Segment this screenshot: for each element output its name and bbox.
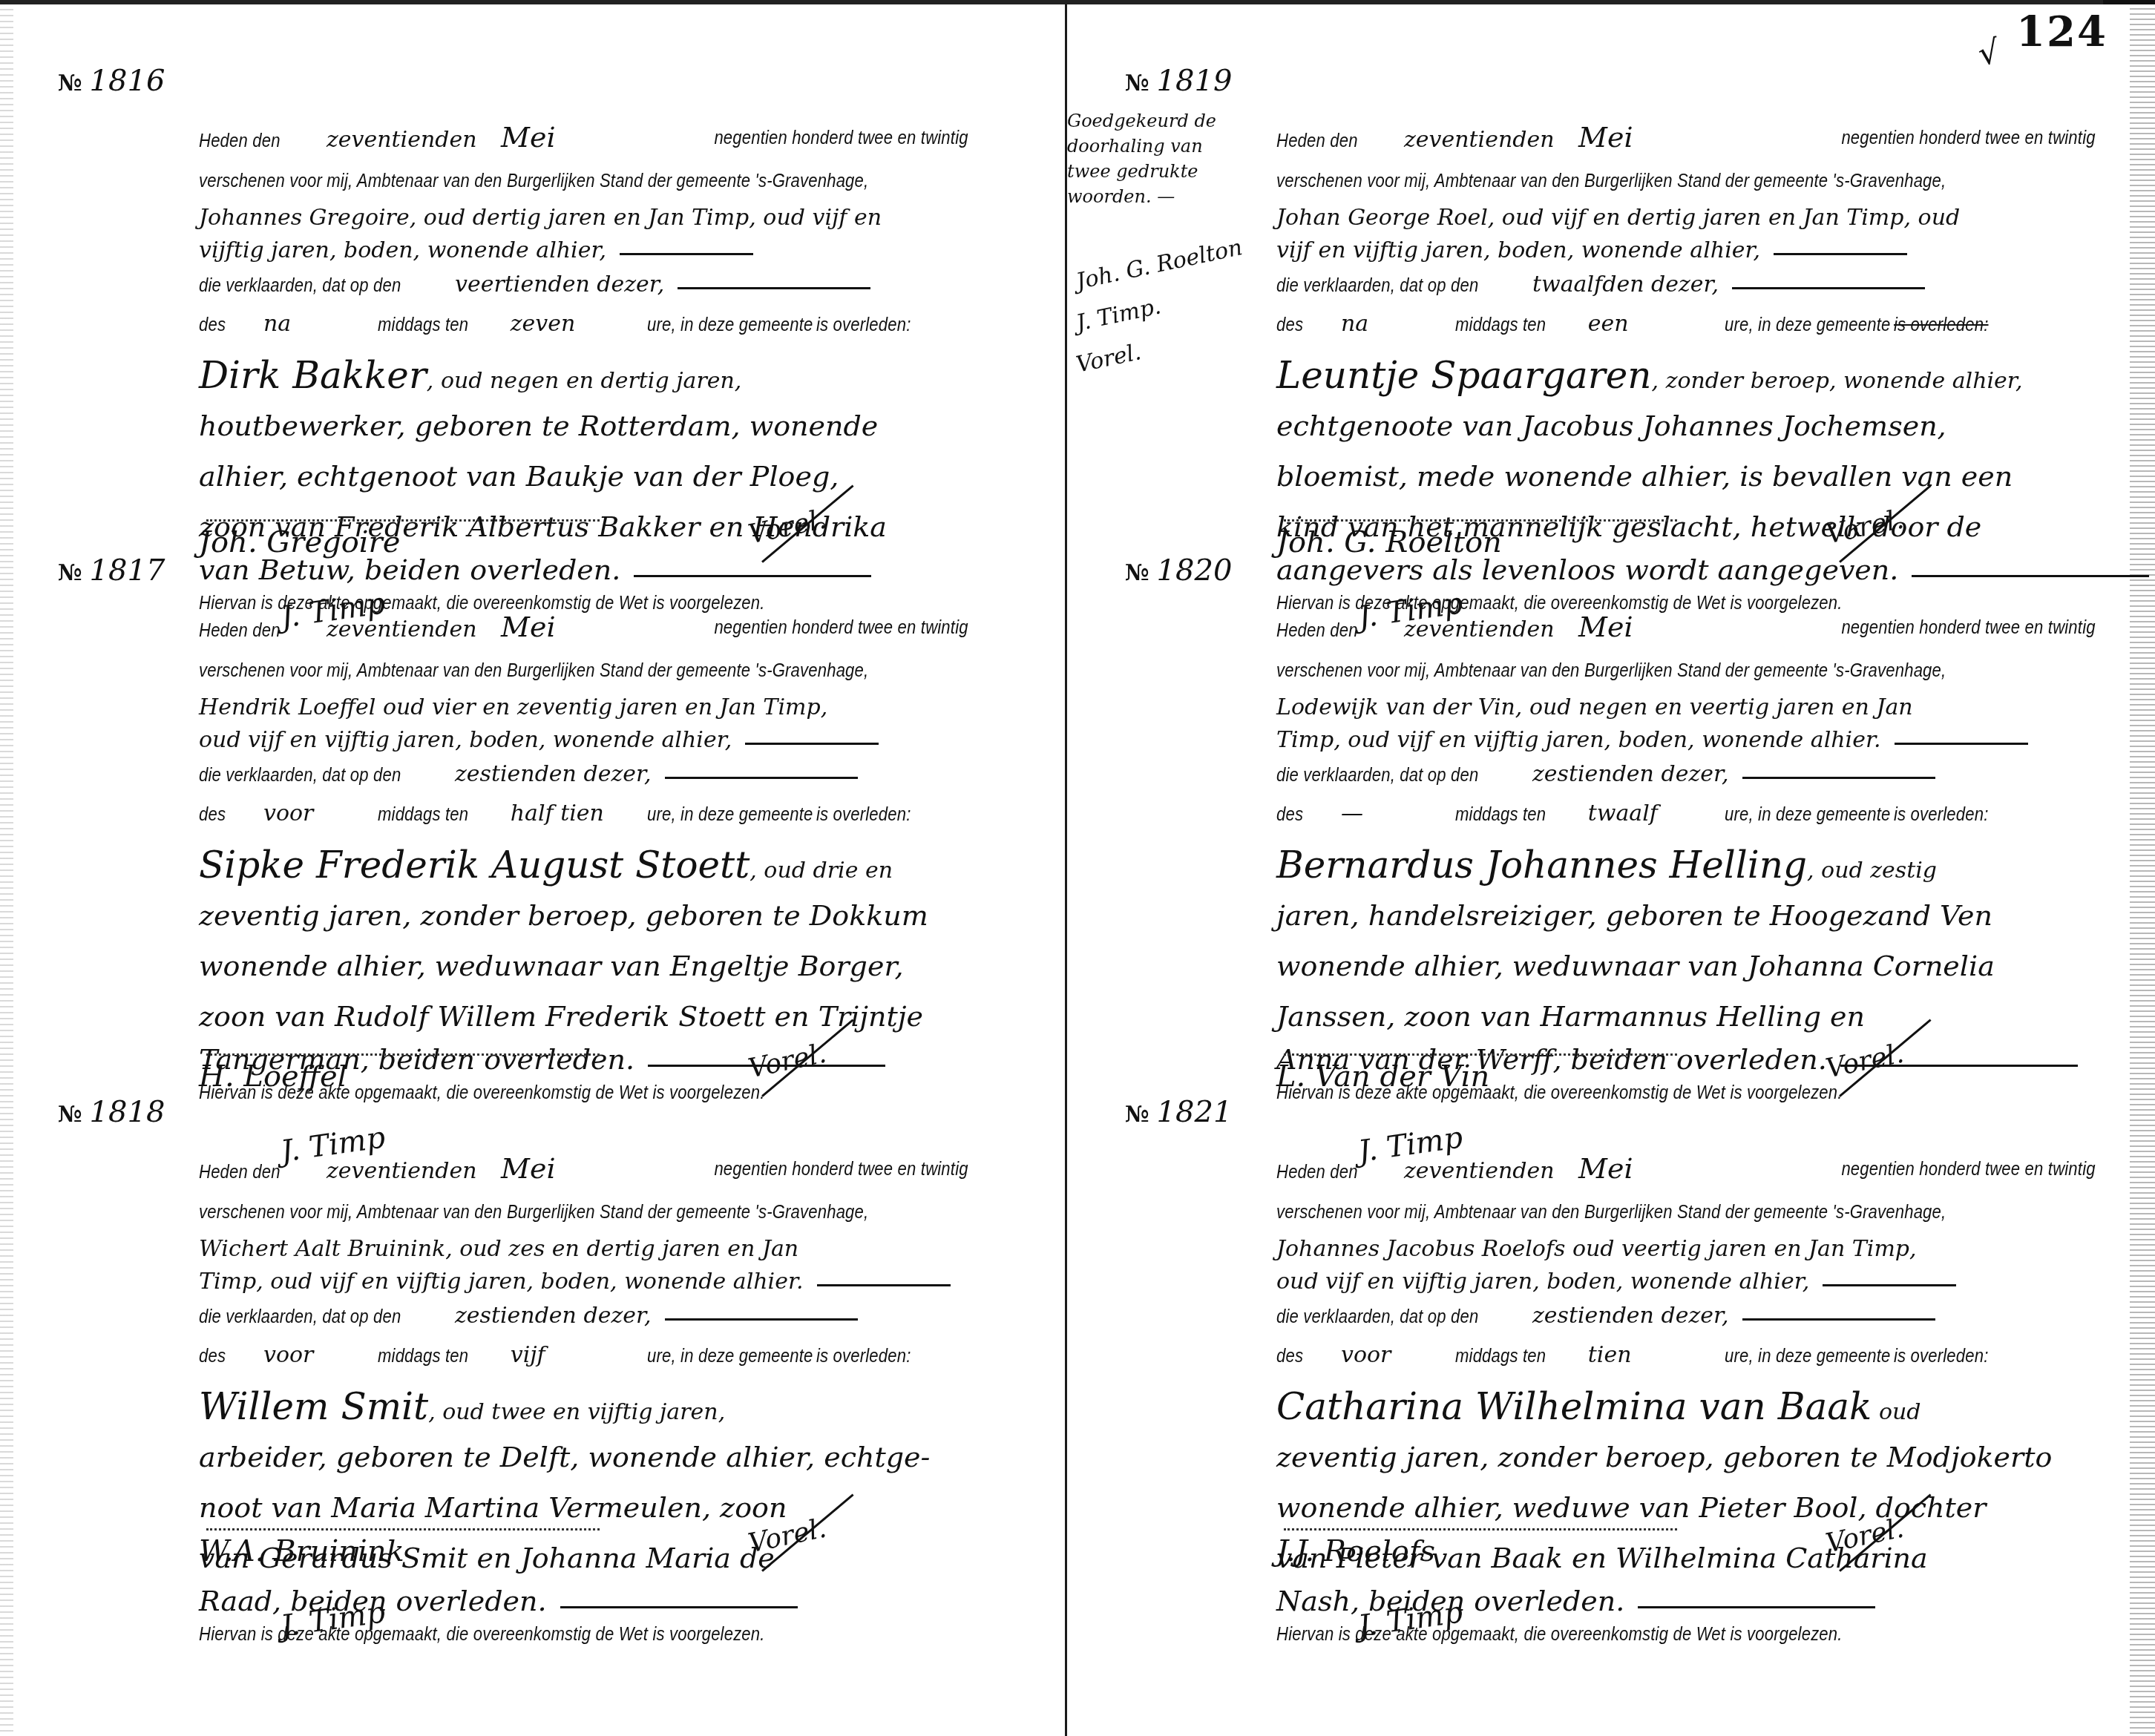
record-number-value: 1817 [90, 553, 165, 588]
left-page: №1816 Heden den zeventienden Mei negenti… [0, 4, 1067, 1736]
record-number-value: 1820 [1157, 553, 1233, 588]
deceased-line: zoon van Rudolf Willem Frederik Stoett e… [199, 991, 968, 1042]
deceased-text: zeventig jaren, zonder beroep, geboren t… [199, 899, 928, 932]
deceased-block: Bernardus Johannes Helling, oud zestig j… [1276, 840, 2096, 1077]
deceased-text: echtgenoote van Jacobus Johannes Jochems… [1276, 410, 1946, 442]
printed-heden-den: Heden den [199, 1150, 281, 1193]
informant-signature: W.A. Bruinink [199, 1534, 404, 1568]
record-number: №1821 [1125, 1095, 1232, 1129]
part-of-day: voor [263, 792, 375, 835]
printed-overleden: is overleden: [816, 303, 911, 346]
death-hour: vijf [511, 1334, 644, 1377]
death-date-line: die verklaarden, dat op den zestienden d… [1276, 1298, 2096, 1334]
informants-text: Lodewijk van der Vin, oud negen en veert… [1276, 694, 1913, 720]
deceased-text: , oud twee en vijftig jaren, [428, 1399, 725, 1425]
deceased-line: Janssen, zoon van Harmannus Helling en [1276, 991, 2096, 1042]
deceased-name: Willem Smit [199, 1385, 428, 1428]
deceased-name: Dirk Bakker [199, 354, 427, 397]
informants-line-2: oud vijf en vijftig jaren, boden, wonend… [1276, 1266, 2096, 1298]
death-date-line: die verklaarden, dat op den zestienden d… [1276, 757, 2096, 792]
signature-dotted-line [1284, 1053, 1677, 1056]
deceased-line: Leuntje Spaargaren, zonder beroep, wonen… [1276, 350, 2096, 401]
printed-middags-ten: middags ten [1455, 303, 1546, 346]
record-number-value: 1816 [90, 64, 165, 98]
deceased-text: oud [1872, 1399, 1921, 1425]
official-line: verschenen voor mij, Ambtenaar van den B… [199, 159, 968, 202]
deceased-line: wonende alhier, weduwnaar van Engeltje B… [199, 941, 968, 991]
informants-text: Johan George Roel, oud vijf en dertig ja… [1276, 205, 1960, 231]
part-of-day: na [263, 303, 375, 346]
record-number: №1818 [58, 1095, 165, 1129]
informants-text: oud vijf en vijftig jaren, boden, wonend… [199, 727, 732, 753]
informants-line-2: vijftig jaren, boden, wonende alhier, [199, 234, 968, 267]
fill-dash [1895, 743, 2028, 745]
deceased-text: , zonder beroep, wonende alhier, [1652, 368, 2023, 394]
informants-text: Timp, oud vijf en vijftig jaren, boden, … [1276, 727, 1881, 753]
date-month: Mei [1578, 121, 1633, 154]
signature-dotted-line [1284, 519, 1677, 522]
record-form: Heden den zeventienden Mei negentien hon… [1276, 553, 2096, 1107]
date-day: zeventienden [1404, 127, 1555, 153]
printed-heden-den: Heden den [1276, 608, 1358, 651]
signature-block: W.A. Bruinink Vorel. J. Timp [199, 1528, 1015, 1699]
deceased-line: Dirk Bakker, oud negen en dertig jaren, [199, 350, 968, 401]
number-sign: № [58, 560, 82, 586]
deceased-text: bloemist, mede wonende alhier, is bevall… [1276, 460, 2013, 493]
death-hour: een [1588, 303, 1722, 346]
printed-des: des [199, 1334, 226, 1377]
death-time-line: des na middags ten zeven ure, in deze ge… [199, 303, 968, 346]
printed-year: negentien honderd twee en twintig [1842, 116, 2096, 159]
death-day: zestienden dezer, [455, 1303, 652, 1329]
printed-middags-ten: middags ten [1455, 1334, 1546, 1377]
deceased-name: Bernardus Johannes Helling [1276, 844, 1807, 887]
fill-dash [1732, 287, 1925, 289]
printed-verschenen: verschenen voor mij, Ambtenaar van den B… [199, 1190, 868, 1233]
informants-line-2: oud vijf en vijftig jaren, boden, wonend… [199, 724, 968, 757]
printed-verklaarden: die verklaarden, dat op den [1276, 1298, 1478, 1334]
fill-dash [1774, 253, 1907, 255]
deceased-name: Leuntje Spaargaren [1276, 354, 1652, 397]
date-line: Heden den zeventienden Mei negentien hon… [199, 605, 968, 648]
death-day: twaalfden dezer, [1532, 272, 1719, 297]
printed-verklaarden: die verklaarden, dat op den [199, 267, 401, 303]
date-month: Mei [501, 121, 556, 154]
death-time-line: des na middags ten een ure, in deze geme… [1276, 303, 2096, 346]
printed-des: des [1276, 303, 1303, 346]
deceased-line: Sipke Frederik August Stoett, oud drie e… [199, 840, 968, 890]
date-line: Heden den zeventienden Mei negentien hon… [1276, 116, 2096, 159]
printed-year: negentien honderd twee en twintig [715, 116, 968, 159]
official-line: verschenen voor mij, Ambtenaar van den B… [1276, 648, 2096, 691]
deceased-text: houtbewerker, geboren te Rotterdam, wone… [199, 410, 878, 442]
deceased-line: Bernardus Johannes Helling, oud zestig [1276, 840, 2096, 890]
death-day: zestienden dezer, [1532, 1303, 1729, 1329]
fill-dash [1742, 1318, 1935, 1321]
deceased-line: zeventig jaren, zonder beroep, geboren t… [199, 890, 968, 941]
printed-ure: ure, in deze gemeente [1725, 1334, 1890, 1377]
printed-verklaarden: die verklaarden, dat op den [1276, 757, 1478, 792]
date-day: zeventienden [327, 127, 477, 153]
informant-signature: H. Loeffel [199, 1059, 347, 1094]
deceased-name: Sipke Frederik August Stoett [199, 844, 750, 887]
right-page: √ 124 №1819 Heden den zeventienden Mei n… [1067, 4, 2155, 1736]
date-day: zeventienden [327, 1158, 477, 1184]
number-sign: № [58, 70, 82, 96]
printed-overleden: is overleden: [816, 792, 911, 835]
printed-ure: ure, in deze gemeente [1725, 792, 1890, 835]
date-day: zeventienden [327, 617, 477, 642]
fill-dash [1742, 777, 1935, 779]
record-number-value: 1818 [90, 1095, 165, 1129]
printed-overleden: is overleden: [816, 1334, 911, 1377]
fill-dash [817, 1284, 951, 1286]
part-of-day: — [1341, 792, 1452, 835]
deceased-line: zeventig jaren, zonder beroep, geboren t… [1276, 1432, 2096, 1482]
number-sign: № [1125, 1102, 1149, 1128]
informants-line-1: Hendrik Loeffel oud vier en zeventig jar… [199, 691, 968, 724]
witness-signature: J. Timp [278, 1595, 387, 1643]
death-hour: zeven [511, 303, 644, 346]
informants-line-1: Johan George Roel, oud vijf en dertig ja… [1276, 202, 2096, 234]
informants-line-1: Johannes Jacobus Roelofs oud veertig jar… [1276, 1233, 2096, 1266]
printed-year: negentien honderd twee en twintig [1842, 1147, 2096, 1190]
record-number: №1820 [1125, 553, 1232, 588]
number-sign: № [1125, 560, 1149, 586]
printed-verschenen: verschenen voor mij, Ambtenaar van den B… [1276, 648, 1946, 691]
printed-overleden: is overleden: [1894, 303, 1989, 346]
deceased-name: Catharina Wilhelmina van Baak [1276, 1385, 1872, 1428]
deceased-text: wonende alhier, weduwnaar van Johanna Co… [1276, 950, 1995, 982]
death-date-line: die verklaarden, dat op den zestienden d… [199, 757, 968, 792]
deceased-text: , oud zestig [1807, 858, 1937, 884]
fill-dash [678, 287, 870, 289]
informant-signature: L. Van der Vin [1276, 1059, 1489, 1094]
deceased-line: jaren, handelsreiziger, geboren te Hooge… [1276, 890, 2096, 941]
printed-heden-den: Heden den [199, 608, 281, 651]
deceased-text: arbeider, geboren te Delft, wonende alhi… [199, 1441, 930, 1473]
official-line: verschenen voor mij, Ambtenaar van den B… [1276, 1190, 2096, 1233]
part-of-day: voor [1341, 1334, 1452, 1377]
record-number-value: 1819 [1157, 64, 1233, 98]
informants-line-1: Lodewijk van der Vin, oud negen en veert… [1276, 691, 2096, 724]
deceased-text: zoon van Rudolf Willem Frederik Stoett e… [199, 1000, 923, 1033]
deceased-line: wonende alhier, weduwe van Pieter Bool, … [1276, 1482, 2096, 1533]
number-sign: № [1125, 70, 1149, 96]
date-month: Mei [1578, 1152, 1633, 1185]
margin-signatures: Joh. G. RoeltonJ. Timp.Vorel. [1075, 242, 1267, 366]
date-month: Mei [501, 611, 556, 643]
deceased-text: , oud drie en [750, 858, 893, 884]
deceased-text: alhier, echtgenoot van Baukje van der Pl… [199, 460, 839, 493]
informants-text: vijftig jaren, boden, wonende alhier, [199, 237, 606, 263]
informants-text: Wichert Aalt Bruinink, oud zes en dertig… [199, 1236, 798, 1262]
fill-dash [745, 743, 879, 745]
printed-heden-den: Heden den [1276, 119, 1358, 162]
signature-dotted-line [206, 1528, 600, 1530]
deceased-text: zeventig jaren, zonder beroep, geboren t… [1276, 1441, 2052, 1473]
deceased-line: houtbewerker, geboren te Rotterdam, wone… [199, 401, 968, 451]
printed-verklaarden: die verklaarden, dat op den [1276, 267, 1478, 303]
deceased-line: alhier, echtgenoot van Baukje van der Pl… [199, 451, 968, 502]
death-date-line: die verklaarden, dat op den twaalfden de… [1276, 267, 2096, 303]
date-day: zeventienden [1404, 1158, 1555, 1184]
printed-middags-ten: middags ten [378, 792, 468, 835]
signature-dotted-line [1284, 1528, 1677, 1530]
informants-text: vijf en vijftig jaren, boden, wonende al… [1276, 237, 1760, 263]
informants-line-1: Johannes Gregoire, oud dertig jaren en J… [199, 202, 968, 234]
deceased-line: wonende alhier, weduwnaar van Johanna Co… [1276, 941, 2096, 991]
date-line: Heden den zeventienden Mei negentien hon… [199, 116, 968, 159]
deceased-block: Sipke Frederik August Stoett, oud drie e… [199, 840, 968, 1077]
death-hour: twaalf [1588, 792, 1722, 835]
fill-dash [665, 1318, 858, 1321]
death-date-line: die verklaarden, dat op den veertienden … [199, 267, 968, 303]
fill-dash [620, 253, 753, 255]
date-day: zeventienden [1404, 617, 1555, 642]
printed-middags-ten: middags ten [378, 1334, 468, 1377]
death-day: veertienden dezer, [455, 272, 664, 297]
deceased-line: echtgenoote van Jacobus Johannes Jochems… [1276, 401, 2096, 451]
printed-des: des [199, 303, 226, 346]
deceased-line: Catharina Wilhelmina van Baak oud [1276, 1381, 2096, 1432]
printed-des: des [1276, 792, 1303, 835]
record-number: №1817 [58, 553, 165, 588]
record-number-value: 1821 [1157, 1095, 1233, 1129]
informants-text: Johannes Jacobus Roelofs oud veertig jar… [1276, 1236, 1917, 1262]
death-hour: tien [1588, 1334, 1722, 1377]
death-date-line: die verklaarden, dat op den zestienden d… [199, 1298, 968, 1334]
printed-middags-ten: middags ten [1455, 792, 1546, 835]
deceased-text: , oud negen en dertig jaren, [427, 368, 742, 394]
date-line: Heden den zeventienden Mei negentien hon… [199, 1147, 968, 1190]
informants-text: Hendrik Loeffel oud vier en zeventig jar… [199, 694, 827, 720]
printed-verklaarden: die verklaarden, dat op den [199, 757, 401, 792]
printed-overleden: is overleden: [1894, 792, 1989, 835]
signature-block: J.J. Roelofs Vorel. J. Timp [1276, 1528, 2093, 1699]
printed-verschenen: verschenen voor mij, Ambtenaar van den B… [1276, 159, 1946, 202]
informants-line-2: Timp, oud vijf en vijftig jaren, boden, … [1276, 724, 2096, 757]
part-of-day: voor [263, 1334, 375, 1377]
informants-line-2: Timp, oud vijf en vijftig jaren, boden, … [199, 1266, 968, 1298]
signature-dotted-line [206, 1053, 600, 1056]
fill-dash [1823, 1284, 1956, 1286]
witness-signature: J. Timp [1356, 1595, 1464, 1643]
deceased-line: Willem Smit, oud twee en vijftig jaren, [199, 1381, 968, 1432]
informants-text: Timp, oud vijf en vijftig jaren, boden, … [199, 1269, 804, 1295]
death-time-line: des voor middags ten vijf ure, in deze g… [199, 1334, 968, 1377]
date-month: Mei [1578, 611, 1633, 643]
page-number: 124 [2016, 7, 2108, 56]
date-month: Mei [501, 1152, 556, 1185]
margin-annotation: Goedgekeurd dedoorhaling vantwee gedrukt… [1067, 108, 1260, 209]
page-edge [0, 4, 13, 1736]
printed-year: negentien honderd twee en twintig [715, 605, 968, 648]
record-number: №1816 [58, 64, 165, 98]
deceased-line: arbeider, geboren te Delft, wonende alhi… [199, 1432, 968, 1482]
printed-heden-den: Heden den [1276, 1150, 1358, 1193]
informant-signature: J.J. Roelofs [1276, 1534, 1435, 1568]
informants-text: Johannes Gregoire, oud dertig jaren en J… [199, 205, 882, 231]
deceased-text: wonende alhier, weduwnaar van Engeltje B… [199, 950, 904, 982]
official-line: verschenen voor mij, Ambtenaar van den B… [199, 1190, 968, 1233]
printed-ure: ure, in deze gemeente [647, 1334, 813, 1377]
official-line: verschenen voor mij, Ambtenaar van den B… [1276, 159, 2096, 202]
deceased-line: bloemist, mede wonende alhier, is bevall… [1276, 451, 2096, 502]
printed-ure: ure, in deze gemeente [647, 792, 813, 835]
death-day: zestienden dezer, [455, 761, 652, 787]
printed-middags-ten: middags ten [378, 303, 468, 346]
number-sign: № [58, 1102, 82, 1128]
printed-verklaarden: die verklaarden, dat op den [199, 1298, 401, 1334]
printed-year: negentien honderd twee en twintig [1842, 605, 2096, 648]
printed-heden-den: Heden den [199, 119, 281, 162]
deceased-line: noot van Maria Martina Vermeulen, zoon [199, 1482, 968, 1533]
printed-des: des [199, 792, 226, 835]
part-of-day: na [1341, 303, 1452, 346]
signature-dotted-line [206, 519, 600, 522]
printed-overleden: is overleden: [1894, 1334, 1989, 1377]
fill-dash [665, 777, 858, 779]
death-hour: half tien [511, 792, 644, 835]
printed-verschenen: verschenen voor mij, Ambtenaar van den B… [199, 648, 868, 691]
printed-ure: ure, in deze gemeente [647, 303, 813, 346]
death-time-line: des voor middags ten tien ure, in deze g… [1276, 1334, 2096, 1377]
informants-text: oud vijf en vijftig jaren, boden, wonend… [1276, 1269, 1809, 1295]
deceased-text: noot van Maria Martina Vermeulen, zoon [199, 1491, 787, 1524]
death-time-line: des voor middags ten half tien ure, in d… [199, 792, 968, 835]
official-line: verschenen voor mij, Ambtenaar van den B… [199, 648, 968, 691]
printed-ure: ure, in deze gemeente [1725, 303, 1890, 346]
record-form: Heden den zeventienden Mei negentien hon… [199, 553, 968, 1107]
informants-line-2: vijf en vijftig jaren, boden, wonende al… [1276, 234, 2096, 267]
death-time-line: des — middags ten twaalf ure, in deze ge… [1276, 792, 2096, 835]
death-day: zestienden dezer, [1532, 761, 1729, 787]
deceased-text: jaren, handelsreiziger, geboren te Hooge… [1276, 899, 1992, 932]
printed-des: des [1276, 1334, 1303, 1377]
deceased-text: Janssen, zoon van Harmannus Helling en [1276, 1000, 1865, 1033]
page-edge [2130, 4, 2155, 1736]
informants-line-1: Wichert Aalt Bruinink, oud zes en dertig… [199, 1233, 968, 1266]
date-line: Heden den zeventienden Mei negentien hon… [1276, 1147, 2096, 1190]
record-number: №1819 [1125, 64, 1232, 98]
date-line: Heden den zeventienden Mei negentien hon… [1276, 605, 2096, 648]
printed-verschenen: verschenen voor mij, Ambtenaar van den B… [199, 159, 868, 202]
printed-verschenen: verschenen voor mij, Ambtenaar van den B… [1276, 1190, 1946, 1233]
printed-year: negentien honderd twee en twintig [715, 1147, 968, 1190]
